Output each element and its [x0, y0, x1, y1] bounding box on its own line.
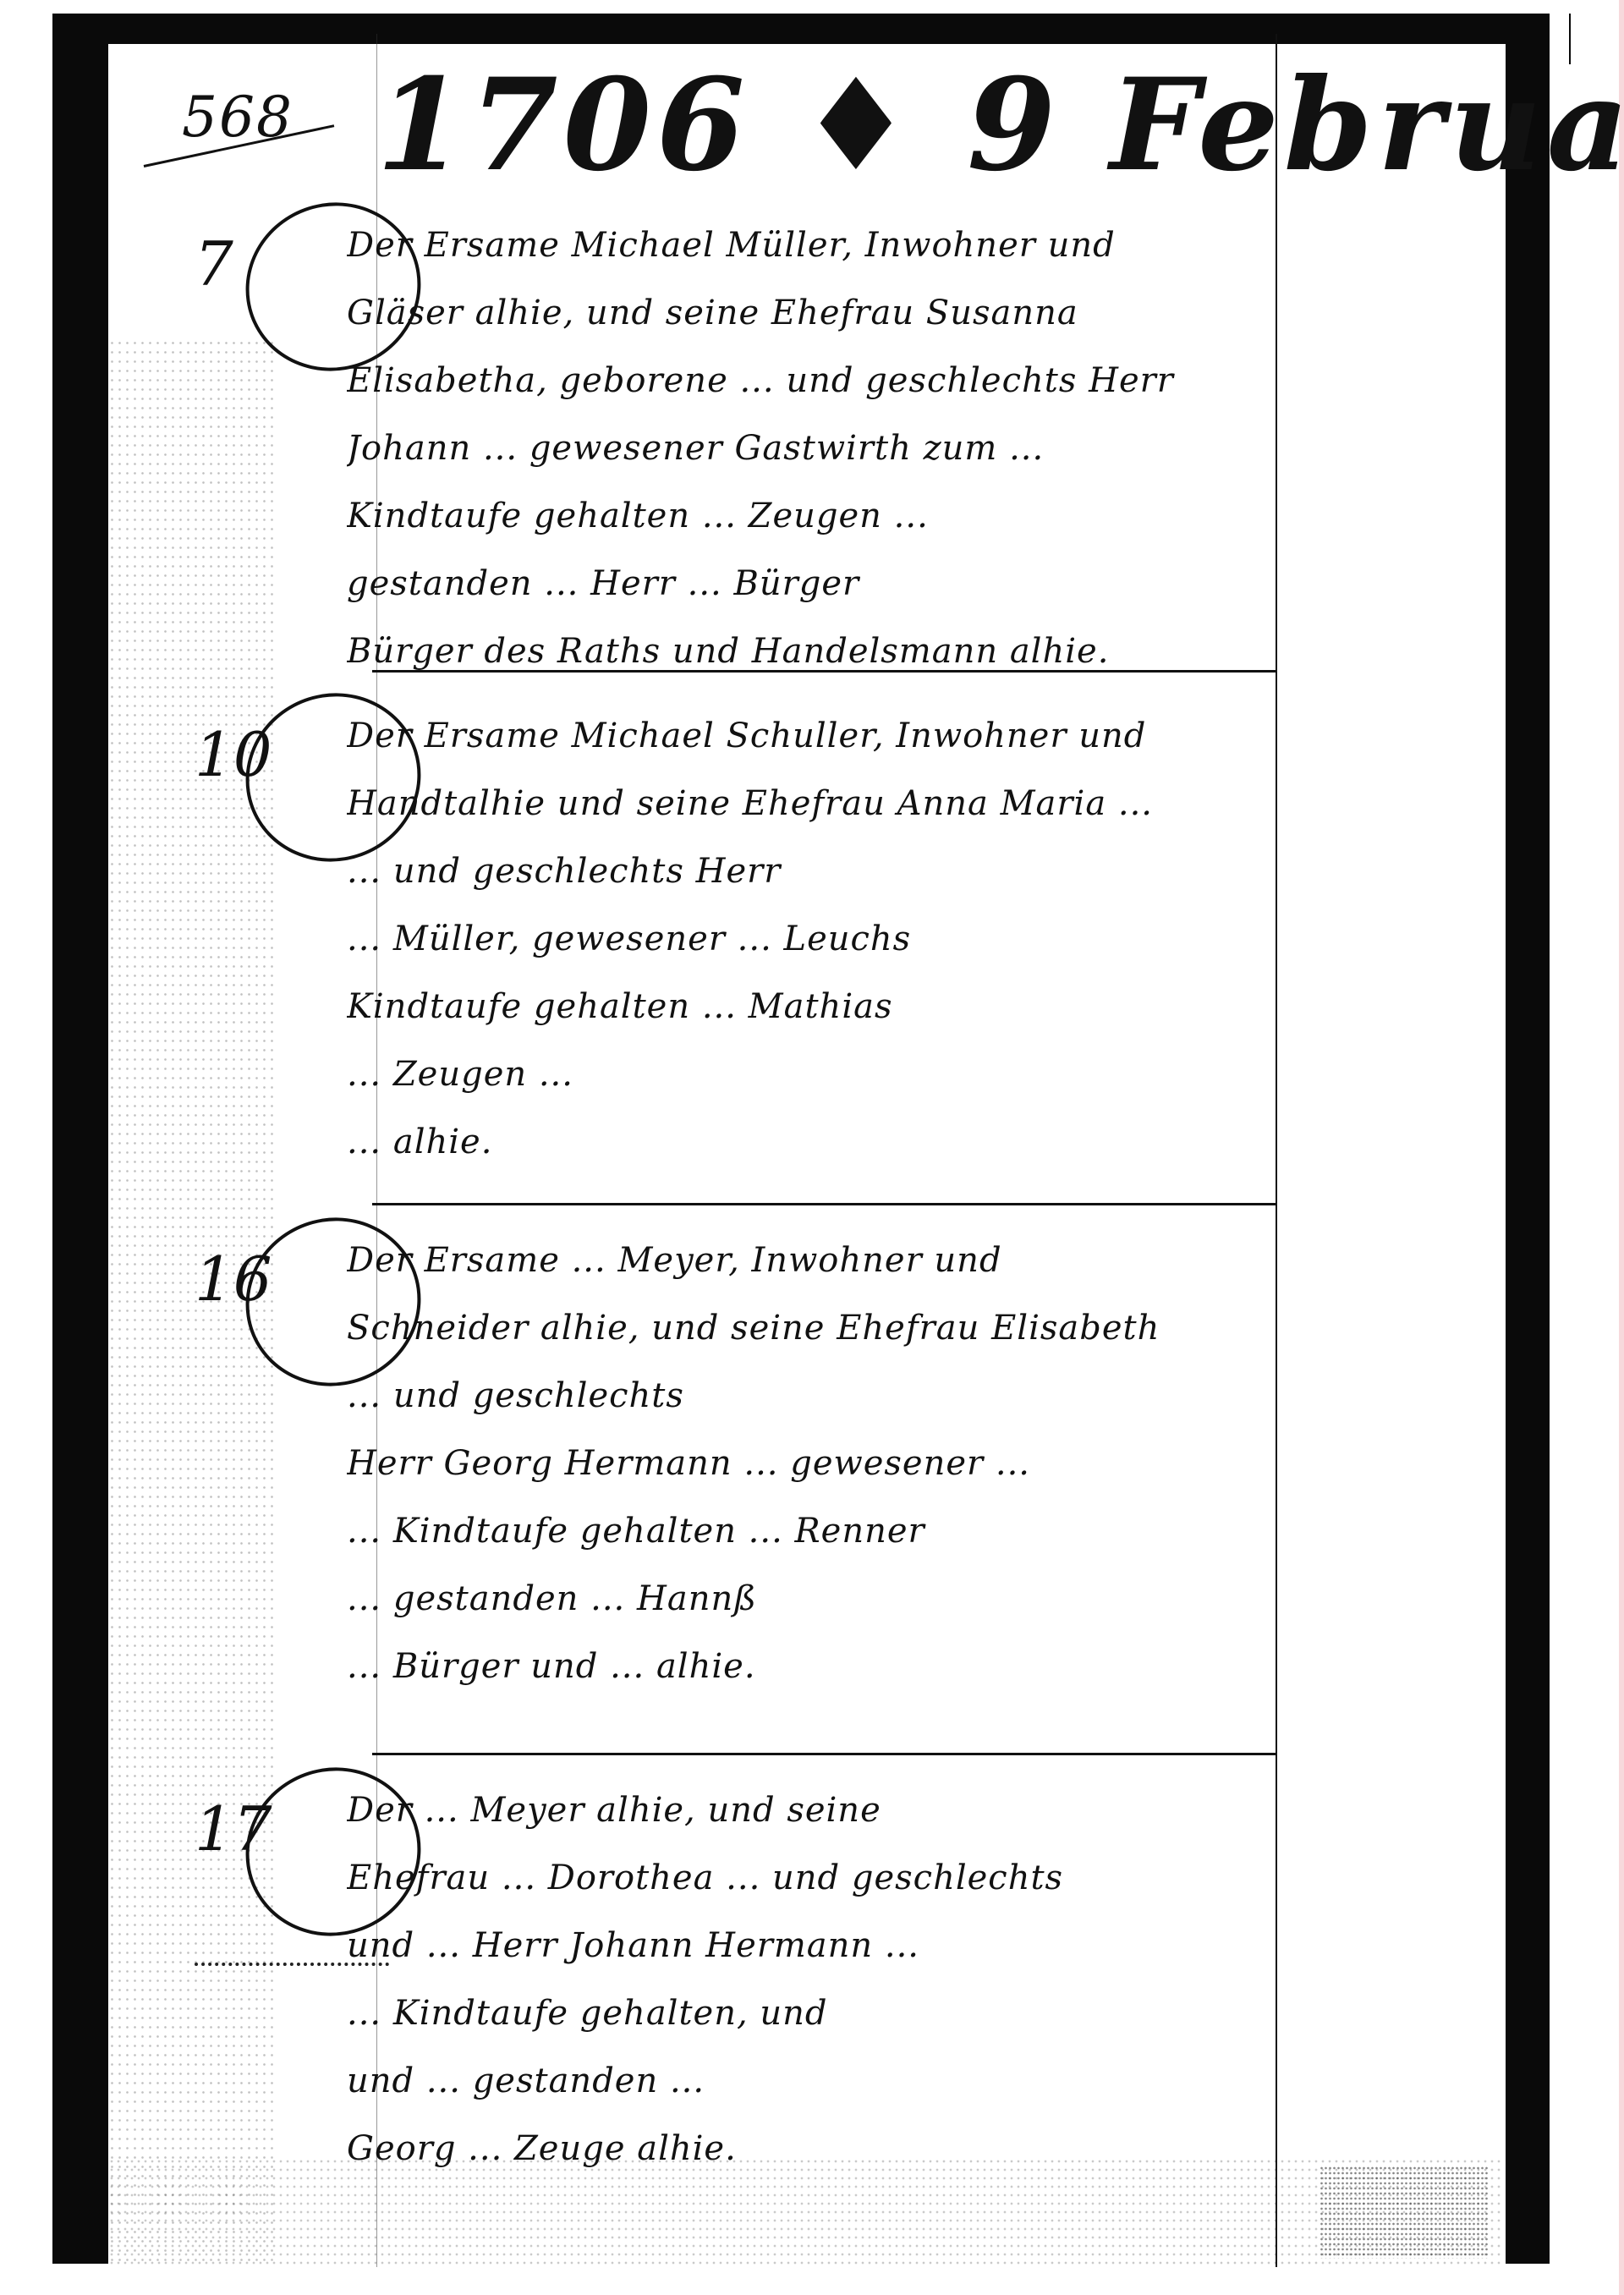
header-year: 1706: [376, 51, 749, 200]
entry-divider: [372, 1753, 1277, 1755]
entry-text: Der Ersame Michael Müller, Inwohner und …: [347, 211, 1277, 685]
entry-line: und ... gestanden ...: [347, 2047, 1277, 2115]
entry-line: Herr Georg Hermann ... gewesener ...: [347, 1430, 1277, 1497]
entry-margin-day: 7: [195, 228, 233, 299]
entry-line: Georg ... Zeuge alhie.: [347, 2115, 1277, 2182]
scan-noise-bottom-right: [1319, 2166, 1489, 2259]
entry-line: ... und geschlechts: [347, 1362, 1277, 1430]
entry-line: Kindtaufe gehalten ... Zeugen ...: [347, 482, 1277, 550]
entry-line: Schneider alhie, und seine Ehefrau Elisa…: [347, 1294, 1277, 1362]
entry-line: ... alhie.: [347, 1108, 1277, 1176]
page-number: 568: [182, 85, 294, 150]
entry-line: ... gestanden ... Hannß: [347, 1565, 1277, 1633]
entry-line: gestanden ... Herr ... Bürger: [347, 550, 1277, 618]
scan-border-left: [52, 14, 108, 2264]
entry-divider: [372, 670, 1277, 673]
entry-line: ... Bürger und ... alhie.: [347, 1633, 1277, 1700]
entry-line: Der ... Meyer alhie, und seine: [347, 1776, 1277, 1844]
page-header-date: 1706 ♦ 9 Februarij: [376, 51, 1273, 200]
entry-line: Johann ... gewesener Gastwirth zum ...: [347, 415, 1277, 482]
header-month: Februarij: [1110, 51, 1624, 200]
entry-text: Der Ersame Michael Schuller, Inwohner un…: [347, 702, 1277, 1176]
entry-line: ... und geschlechts Herr: [347, 837, 1277, 905]
scanned-register-page: 568 1706 ♦ 9 Februarij 7 Der Ersame Mich…: [0, 0, 1624, 2295]
header-day: 9: [967, 51, 1060, 200]
entry-line: ... Zeugen ...: [347, 1040, 1277, 1108]
entry-line: Handtalhie und seine Ehefrau Anna Maria …: [347, 770, 1277, 837]
scan-border-right: [1506, 14, 1550, 2264]
entry-line: Bürger des Raths und Handelsmann alhie.: [347, 618, 1277, 685]
entry-line: Kindtaufe gehalten ... Mathias: [347, 973, 1277, 1040]
entry-line: Ehefrau ... Dorothea ... und geschlechts: [347, 1844, 1277, 1912]
entry-line: und ... Herr Johann Hermann ...: [347, 1912, 1277, 1979]
entry-line: Elisabetha, geborene ... und geschlechts…: [347, 347, 1277, 415]
entry-divider: [372, 1203, 1277, 1205]
entry-text: Der Ersame ... Meyer, Inwohner und Schne…: [347, 1227, 1277, 1700]
entry-line: Der Ersame ... Meyer, Inwohner und: [347, 1227, 1277, 1294]
entry-text: Der ... Meyer alhie, und seine Ehefrau .…: [347, 1776, 1277, 2182]
header-separator: ♦: [799, 51, 918, 200]
entry-line: Der Ersame Michael Müller, Inwohner und: [347, 211, 1277, 279]
entry-line: ... Müller, gewesener ... Leuchs: [347, 905, 1277, 973]
entry-line: ... Kindtaufe gehalten, und: [347, 1979, 1277, 2047]
entry-line: Der Ersame Michael Schuller, Inwohner un…: [347, 702, 1277, 770]
entry-line: Gläser alhie, und seine Ehefrau Susanna: [347, 279, 1277, 347]
entry-line: ... Kindtaufe gehalten ... Renner: [347, 1497, 1277, 1565]
dotted-guide-line: [195, 1963, 389, 1966]
scan-border-top: [52, 14, 1524, 44]
scan-edge-strip: [1619, 0, 1624, 2295]
